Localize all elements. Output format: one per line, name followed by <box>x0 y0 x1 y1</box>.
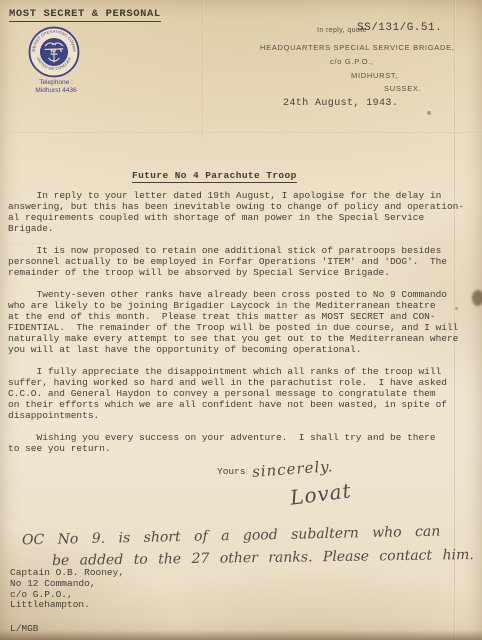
combined-operations-badge-icon: COMBINED OPERATIONS COMMAND UNITED WE CO… <box>28 26 80 78</box>
postscript-line-1: OC No 9. is short of a good subaltern wh… <box>22 524 441 549</box>
paragraph-3: Twenty-seven other ranks have already be… <box>8 289 476 355</box>
letterhead-line-hq: HEADQUARTERS SPECIAL SERVICE BRIGADE, <box>260 43 455 52</box>
paper-edge-shading <box>0 630 482 640</box>
recipient-town: Littlehampton. <box>10 600 124 611</box>
recipient-address: Captain O.B. Rooney, No 12 Commando, c/o… <box>10 568 124 611</box>
paragraph-1: In reply to your letter dated 19th Augus… <box>8 190 476 234</box>
subject-line: Future No 4 Parachute Troop <box>132 170 297 183</box>
paragraph-5: Wishing you every success on your advent… <box>8 432 476 454</box>
paper-crease-horizontal <box>0 132 482 134</box>
letter-page: MOST SECRET & PERSONAL COMBINED OPERATIO… <box>0 0 482 640</box>
paragraph-4: I fully appreciate the disappointment wh… <box>8 366 476 421</box>
date-line: 24th August, 1943. <box>283 98 398 109</box>
closing-typed: Yours <box>217 466 246 477</box>
letterhead-line-sussex: SUSSEX. <box>384 84 421 93</box>
letter-body: In reply to your letter dated 19th Augus… <box>8 190 476 465</box>
paper-speck <box>427 111 431 115</box>
letterhead-line-midhurst: MIDHURST, <box>351 71 398 80</box>
classification-banner: MOST SECRET & PERSONAL <box>9 8 161 22</box>
typist-initials: L/MGB <box>10 623 39 634</box>
paragraph-2: It is now proposed to retain one additio… <box>8 245 476 278</box>
telephone-number: Midhurst 4436 <box>24 87 88 95</box>
letterhead-line-gpo: c/o G.P.O., <box>330 57 374 66</box>
paper-crease-vertical-top <box>202 0 204 140</box>
reference-number: SS/131/G.51. <box>357 22 442 34</box>
recipient-unit: No 12 Commando, <box>10 579 124 590</box>
postscript-line-2: be added to the 27 other ranks. Please c… <box>52 547 474 569</box>
telephone-label: Telephone : <box>24 79 88 87</box>
signature-scrawl: Lovat <box>289 478 353 509</box>
telephone-block: Telephone : Midhurst 4436 <box>24 79 88 95</box>
